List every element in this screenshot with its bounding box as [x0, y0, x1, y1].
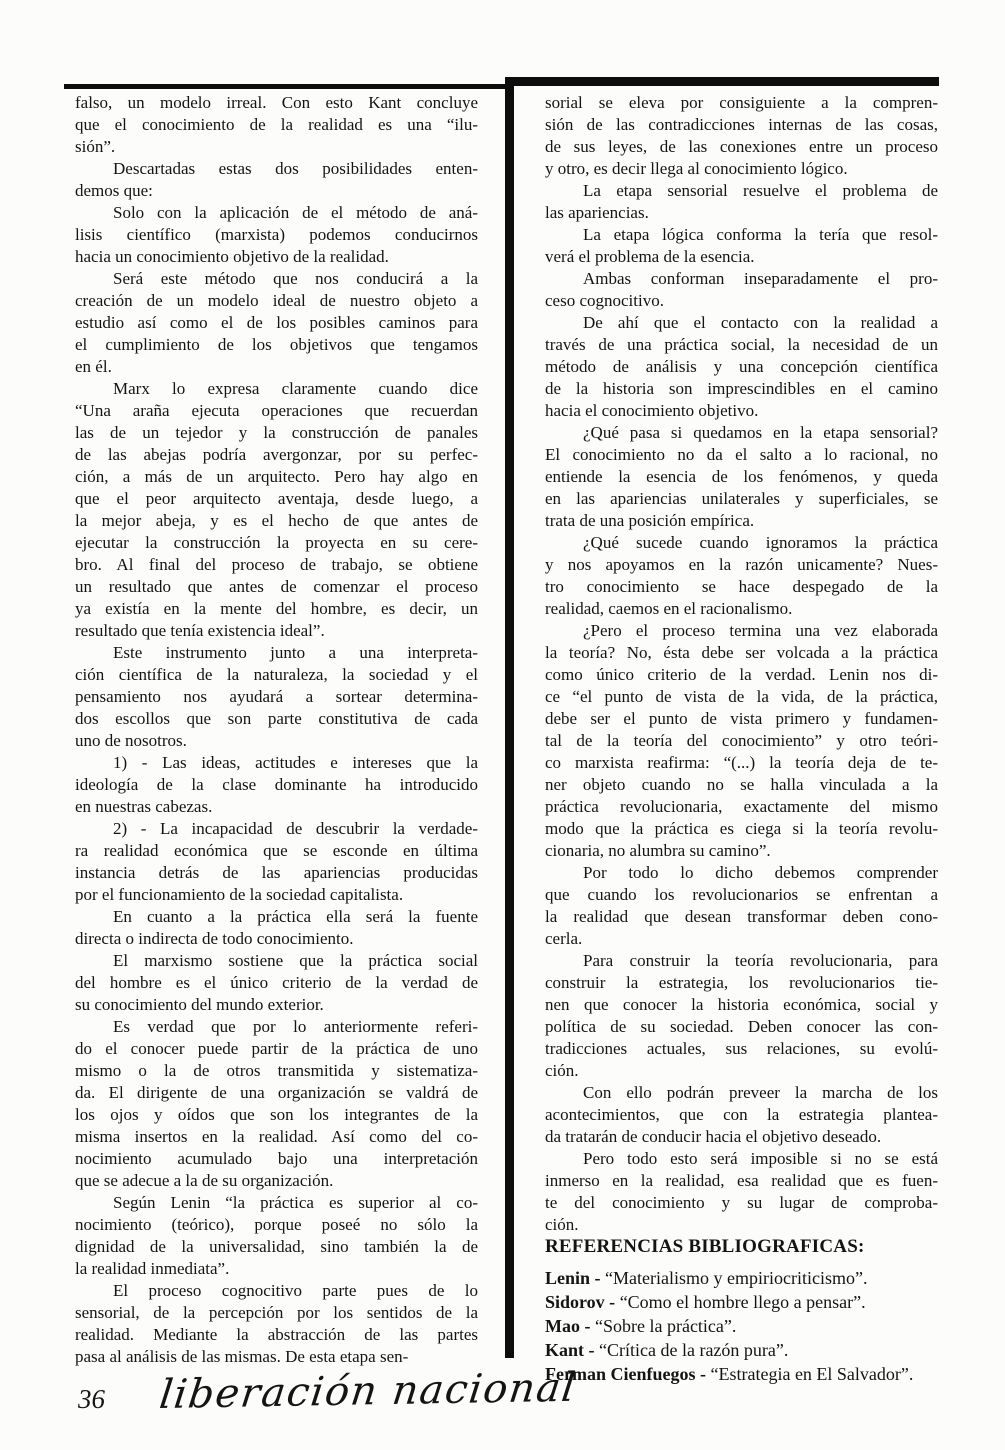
text-line: verá el problema de la esencia.	[545, 246, 938, 268]
column-divider	[505, 80, 514, 1358]
paragraph: En cuanto a la práctica ella será la fue…	[75, 906, 478, 950]
text-line: de la historia son imprescindibles en el…	[545, 378, 938, 400]
text-line: El proceso cognocitivo parte pues de lo	[75, 1280, 478, 1302]
text-line: nocimiento (teórico), porque poseé no só…	[75, 1214, 478, 1236]
text-line: Según Lenin “la práctica es superior al …	[75, 1192, 478, 1214]
text-line: Es verdad que por lo anteriormente refer…	[75, 1016, 478, 1038]
reference-title: “Sobre la práctica”.	[590, 1316, 736, 1336]
reference-item: Mao - “Sobre la práctica”.	[545, 1314, 938, 1338]
scanned-page: falso, un modelo irreal. Con esto Kant c…	[0, 0, 1005, 1450]
text-line: por el funcionamiento de la sociedad cap…	[75, 884, 478, 906]
text-line: ner objeto cuando no se halla vinculada …	[545, 774, 938, 796]
reference-title: “Materialismo y empiriocriticismo”.	[601, 1268, 868, 1288]
text-line: través de una práctica social, la necesi…	[545, 334, 938, 356]
text-line: En cuanto a la práctica ella será la fue…	[75, 906, 478, 928]
text-line: método de análisis y una concepción cien…	[545, 356, 938, 378]
text-line: El conocimiento no da el salto a lo raci…	[545, 444, 938, 466]
text-line: Con ello podrán preveer la marcha de los	[545, 1082, 938, 1104]
text-line: falso, un modelo irreal. Con esto Kant c…	[75, 92, 478, 114]
text-line: sensorial, de la percepción por los sent…	[75, 1302, 478, 1324]
top-rule-left	[64, 84, 507, 89]
paragraph: Es verdad que por lo anteriormente refer…	[75, 1016, 478, 1192]
text-line: ción científica de la naturaleza, la soc…	[75, 664, 478, 686]
text-line: 2) - La incapacidad de descubrir la verd…	[75, 818, 478, 840]
paragraph: El marxismo sostiene que la práctica soc…	[75, 950, 478, 1016]
text-line: La etapa lógica conforma la tería que re…	[545, 224, 938, 246]
text-line: Marx lo expresa claramente cuando dice	[75, 378, 478, 400]
text-line: la mejor abeja, y es el hecho de que ant…	[75, 510, 478, 532]
text-line: ción.	[545, 1060, 938, 1082]
text-line: práctica revolucionaria, exactamente del…	[545, 796, 938, 818]
paragraph: 2) - La incapacidad de descubrir la verd…	[75, 818, 478, 906]
reference-item: Kant - “Crítica de la razón pura”.	[545, 1338, 938, 1362]
paragraph: El proceso cognocitivo parte pues de los…	[75, 1280, 478, 1368]
text-line: su conocimiento del mundo exterior.	[75, 994, 478, 1016]
text-line: en las apariencias unilaterales y superf…	[545, 488, 938, 510]
publication-logo: liberación nacional	[157, 1365, 579, 1418]
paragraph: Solo con la aplicación de el método de a…	[75, 202, 478, 268]
paragraph: falso, un modelo irreal. Con esto Kant c…	[75, 92, 478, 158]
reference-author: Sidorov -	[545, 1292, 615, 1312]
reference-item: Ferman Cienfuegos - “Estrategia en El Sa…	[545, 1362, 938, 1386]
text-line: pensamiento nos ayudará a sortear determ…	[75, 686, 478, 708]
text-line: que el conocimiento de la realidad es un…	[75, 114, 478, 136]
text-line: ¿Qué sucede cuando ignoramos la práctica	[545, 532, 938, 554]
text-line: que cuando los revolucionarios se enfren…	[545, 884, 938, 906]
text-line: directa o indirecta de todo conocimiento…	[75, 928, 478, 950]
text-line: realidad. Mediante la abstracción de las…	[75, 1324, 478, 1346]
text-line: sión”.	[75, 136, 478, 158]
page-footer: 36liberación nacional	[78, 1372, 572, 1418]
text-line: que el peor arquitecto aventaja, desde l…	[75, 488, 478, 510]
text-line: tradicciones actuales, sus relaciones, s…	[545, 1038, 938, 1060]
text-line: del hombre es el único criterio de la ve…	[75, 972, 478, 994]
text-line: de sus leyes, de las conexiones entre un…	[545, 136, 938, 158]
paragraph: Este instrumento junto a una interpreta-…	[75, 642, 478, 752]
reference-title: “Como el hombre llego a pensar”.	[615, 1292, 865, 1312]
right-column: sorial se eleva por consiguiente a la co…	[545, 92, 938, 1386]
text-line: do el conocer puede partir de la práctic…	[75, 1038, 478, 1060]
reference-author: Lenin -	[545, 1268, 601, 1288]
reference-author: Mao -	[545, 1316, 590, 1336]
text-line: ¿Qué pasa si quedamos en la etapa sensor…	[545, 422, 938, 444]
paragraph: Ambas conforman inseparadamente el pro-c…	[545, 268, 938, 312]
paragraph: Descartadas estas dos posibilidades ente…	[75, 158, 478, 202]
paragraph: Según Lenin “la práctica es superior al …	[75, 1192, 478, 1280]
text-line: “Una araña ejecuta operaciones que recue…	[75, 400, 478, 422]
text-line: Por todo lo dicho debemos comprender	[545, 862, 938, 884]
text-line: debe ser el punto de vista primero y fun…	[545, 708, 938, 730]
text-line: de las abejas podría avergonzar, por su …	[75, 444, 478, 466]
text-line: bro. Al final del proceso de trabajo, se…	[75, 554, 478, 576]
text-line: ra realidad económica que se esconde en …	[75, 840, 478, 862]
text-line: la realidad inmediata”.	[75, 1258, 478, 1280]
text-line: construir la estrategia, los revoluciona…	[545, 972, 938, 994]
text-line: tal de la teoría del conocimiento” y otr…	[545, 730, 938, 752]
text-line: y otro, es decir llega al conocimiento l…	[545, 158, 938, 180]
text-line: cionaria, no alumbra su camino”.	[545, 840, 938, 862]
text-line: ción, a más de un arquitecto. Pero hay a…	[75, 466, 478, 488]
right-column-paragraphs: sorial se eleva por consiguiente a la co…	[545, 92, 938, 1236]
text-line: lisis científico (marxista) podemos cond…	[75, 224, 478, 246]
text-line: ideología de la clase dominante ha intro…	[75, 774, 478, 796]
paragraph: 1) - Las ideas, actitudes e intereses qu…	[75, 752, 478, 818]
text-line: un resultado que antes de comenzar el pr…	[75, 576, 478, 598]
text-line: como único criterio de la verdad. Lenin …	[545, 664, 938, 686]
paragraph: Para construir la teoría revolucionaria,…	[545, 950, 938, 1082]
text-line: las apariencias.	[545, 202, 938, 224]
text-line: Solo con la aplicación de el método de a…	[75, 202, 478, 224]
text-line: hacia el conocimiento objetivo.	[545, 400, 938, 422]
references-heading: REFERENCIAS BIBLIOGRAFICAS:	[545, 1236, 938, 1258]
paragraph: De ahí que el contacto con la realidad a…	[545, 312, 938, 422]
text-line: acontecimientos, que con la estrategia p…	[545, 1104, 938, 1126]
paragraph: ¿Pero el proceso termina una vez elabora…	[545, 620, 938, 862]
text-line: en él.	[75, 356, 478, 378]
text-line: y nos apoyamos en la razón unicamente? N…	[545, 554, 938, 576]
reference-item: Lenin - “Materialismo y empiriocriticism…	[545, 1266, 938, 1290]
paragraph: Pero todo esto será imposible si no se e…	[545, 1148, 938, 1236]
text-line: inmerso en la realidad, esa realidad que…	[545, 1170, 938, 1192]
text-line: dos escollos que son parte constitutiva …	[75, 708, 478, 730]
paragraph: Con ello podrán preveer la marcha de los…	[545, 1082, 938, 1148]
text-line: la teoría? No, ésta debe ser volcada a l…	[545, 642, 938, 664]
text-line: tro conocimiento se hace despegado de la	[545, 576, 938, 598]
text-line: creación de un modelo ideal de nuestro o…	[75, 290, 478, 312]
reference-author: Kant -	[545, 1340, 595, 1360]
text-line: da tratarán de conducir hacia el objetiv…	[545, 1126, 938, 1148]
text-line: los ojos y oídos que son los integrantes…	[75, 1104, 478, 1126]
text-line: La etapa sensorial resuelve el problema …	[545, 180, 938, 202]
paragraph: Por todo lo dicho debemos comprenderque …	[545, 862, 938, 950]
text-line: dignidad de la universalidad, sino tambi…	[75, 1236, 478, 1258]
reference-item: Sidorov - “Como el hombre llego a pensar…	[545, 1290, 938, 1314]
text-line: ción.	[545, 1214, 938, 1236]
text-line: 1) - Las ideas, actitudes e intereses qu…	[75, 752, 478, 774]
paragraph: La etapa lógica conforma la tería que re…	[545, 224, 938, 268]
text-line: Será este método que nos conducirá a la	[75, 268, 478, 290]
paragraph: Marx lo expresa claramente cuando dice“U…	[75, 378, 478, 642]
text-line: modo que la práctica es ciega si la teor…	[545, 818, 938, 840]
text-line: ejecutar la construcción la proyecta en …	[75, 532, 478, 554]
text-line: De ahí que el contacto con la realidad a	[545, 312, 938, 334]
page-number: 36	[78, 1384, 105, 1414]
paragraph: sorial se eleva por consiguiente a la co…	[545, 92, 938, 180]
text-line: co marxista reafirma: “(...) la teoría d…	[545, 752, 938, 774]
text-line: hacia un conocimiento objetivo de la rea…	[75, 246, 478, 268]
reference-title: “Crítica de la razón pura”.	[595, 1340, 789, 1360]
text-line: estudio así como el de los posibles cami…	[75, 312, 478, 334]
text-line: mismo o la de otros transmitida y sistem…	[75, 1060, 478, 1082]
paragraph: La etapa sensorial resuelve el problema …	[545, 180, 938, 224]
text-line: Descartadas estas dos posibilidades ente…	[75, 158, 478, 180]
text-line: ¿Pero el proceso termina una vez elabora…	[545, 620, 938, 642]
text-line: da. El dirigente de una organización se …	[75, 1082, 478, 1104]
text-line: uno de nosotros.	[75, 730, 478, 752]
text-line: Este instrumento junto a una interpreta-	[75, 642, 478, 664]
paragraph: ¿Qué pasa si quedamos en la etapa sensor…	[545, 422, 938, 532]
text-line: misma insertos en la realidad. Así como …	[75, 1126, 478, 1148]
text-line: demos que:	[75, 180, 478, 202]
text-line: resultado que tenía existencia ideal”.	[75, 620, 478, 642]
text-line: que se adecue a la de su organización.	[75, 1170, 478, 1192]
text-line: ceso cognocitivo.	[545, 290, 938, 312]
text-line: Para construir la teoría revolucionaria,…	[545, 950, 938, 972]
text-line: sorial se eleva por consiguiente a la co…	[545, 92, 938, 114]
text-line: Pero todo esto será imposible si no se e…	[545, 1148, 938, 1170]
text-line: nen que conocer la historia económica, s…	[545, 994, 938, 1016]
text-line: Ambas conforman inseparadamente el pro-	[545, 268, 938, 290]
text-line: ce “el punto de vista de la vida, de la …	[545, 686, 938, 708]
text-line: en nuestras cabezas.	[75, 796, 478, 818]
text-line: política de su sociedad. Deben conocer l…	[545, 1016, 938, 1038]
text-line: las de un tejedor y la construcción de p…	[75, 422, 478, 444]
references-list: Lenin - “Materialismo y empiriocriticism…	[545, 1266, 938, 1386]
text-line: el cumplimiento de los objetivos que ten…	[75, 334, 478, 356]
text-line: instancia detrás de las apariencias prod…	[75, 862, 478, 884]
left-column: falso, un modelo irreal. Con esto Kant c…	[75, 92, 478, 1368]
text-line: El marxismo sostiene que la práctica soc…	[75, 950, 478, 972]
top-rule-right	[505, 77, 939, 86]
text-line: cerla.	[545, 928, 938, 950]
text-line: trata de una posición empírica.	[545, 510, 938, 532]
paragraph: ¿Qué sucede cuando ignoramos la práctica…	[545, 532, 938, 620]
text-line: realidad, caemos en el racionalismo.	[545, 598, 938, 620]
paragraph: Será este método que nos conducirá a lac…	[75, 268, 478, 378]
text-line: pasa al análisis de las mismas. De esta …	[75, 1346, 478, 1368]
text-line: te del conocimiento y su lugar de compro…	[545, 1192, 938, 1214]
text-line: entiende la esencia de los fenómenos, y …	[545, 466, 938, 488]
text-line: nocimiento acumulado bajo una interpreta…	[75, 1148, 478, 1170]
text-line: ya existía en la mente del hombre, es de…	[75, 598, 478, 620]
reference-title: “Estrategia en El Salvador”.	[706, 1364, 913, 1384]
text-line: sión de las contradicciones internas de …	[545, 114, 938, 136]
text-line: la realidad que desean transformar deben…	[545, 906, 938, 928]
